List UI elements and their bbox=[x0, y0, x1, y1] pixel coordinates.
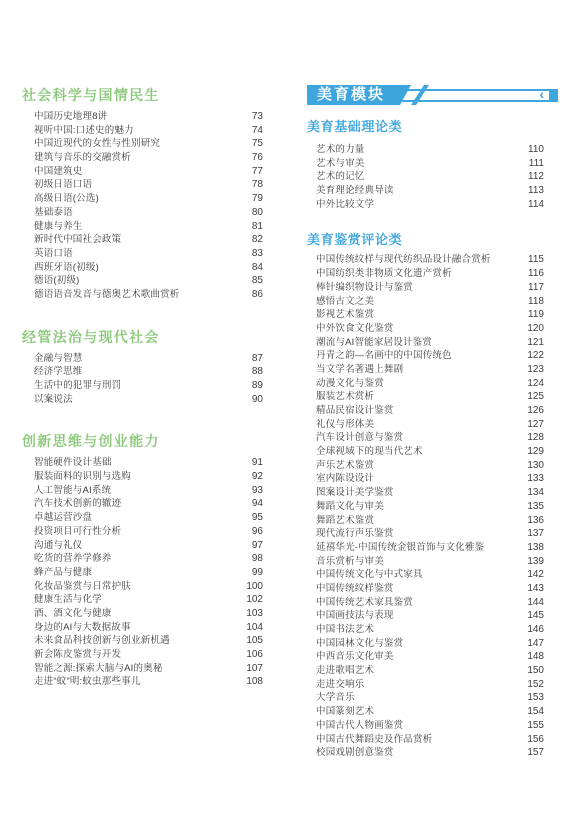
course-title: 初级日语口语 bbox=[34, 178, 92, 192]
course-title: 酒、酒文化与健康 bbox=[34, 607, 112, 621]
module-title: 美育模块 bbox=[317, 85, 385, 105]
toc-entry: 经济学思维 88 bbox=[22, 365, 263, 379]
page-number: 117 bbox=[528, 281, 544, 295]
page-number: 90 bbox=[252, 393, 263, 407]
section-rows: 中国历史地理8讲 73 视听中国:口述史的魅力 74 中国近现代的女性与性别研究… bbox=[22, 110, 263, 302]
course-title: 智能之源:探索大脑与AI的奥秘 bbox=[34, 662, 163, 676]
toc-entry: 智能硬件设计基础 91 bbox=[22, 456, 263, 470]
toc-entry: 服装面料的识别与选购 92 bbox=[22, 470, 263, 484]
course-title: 中国纺织类非物质文化遗产赏析 bbox=[316, 267, 452, 281]
page-number: 91 bbox=[252, 456, 263, 470]
toc-entry: 校园戏剧创意鉴赏 157 bbox=[307, 746, 544, 760]
course-title: 大学音乐 bbox=[316, 691, 355, 705]
toc-entry: 美育理论经典导读 113 bbox=[307, 184, 544, 198]
toc-entry: 走进“蚊”明:蚊虫那些事儿 108 bbox=[22, 675, 263, 689]
catalog-page: 社会科学与国情民生 中国历史地理8讲 73 视听中国:口述史的魅力 74 bbox=[0, 0, 578, 818]
section-heading: 美育鉴赏评论类 bbox=[307, 233, 544, 247]
toc-entry: 吃货的营养学修养 98 bbox=[22, 552, 263, 566]
page-number: 83 bbox=[252, 247, 263, 261]
page-number: 105 bbox=[246, 634, 263, 648]
toc-entry: 智能之源:探索大脑与AI的奥秘 107 bbox=[22, 662, 263, 676]
course-title: 艺术的记忆 bbox=[316, 170, 365, 184]
course-title: 英语口语 bbox=[34, 247, 73, 261]
course-title: 中西音乐文化审美 bbox=[316, 650, 394, 664]
toc-entry: 中国纺织类非物质文化遗产赏析 116 bbox=[307, 267, 544, 281]
toc-section: 美育基础理论类 艺术的力量 110 艺术与审美 111 bbox=[307, 120, 544, 211]
course-title: 新会陈皮鉴赏与开发 bbox=[34, 648, 121, 662]
course-title: 服装面料的识别与选购 bbox=[34, 470, 131, 484]
page-number: 137 bbox=[527, 527, 544, 541]
page-number: 126 bbox=[527, 404, 544, 418]
course-title: 中国近现代的女性与性别研究 bbox=[34, 137, 160, 151]
toc-entry: 艺术的力量 110 bbox=[307, 143, 544, 157]
course-title: 未来食品科技创新与创业新机遇 bbox=[34, 634, 170, 648]
page-number: 115 bbox=[528, 253, 544, 267]
page-number: 89 bbox=[252, 379, 263, 393]
page-number: 112 bbox=[528, 170, 544, 184]
toc-entry: 礼仪与形体美 127 bbox=[307, 418, 544, 432]
course-title: 德语(初级) bbox=[34, 274, 80, 288]
toc-entry: 中国古代人物画鉴赏 155 bbox=[307, 719, 544, 733]
page-number: 116 bbox=[528, 267, 544, 281]
page-number: 122 bbox=[527, 349, 544, 363]
page-number: 128 bbox=[527, 431, 544, 445]
toc-entry: 汽车设计创意与鉴赏 128 bbox=[307, 431, 544, 445]
course-title: 新时代中国社会政策 bbox=[34, 233, 121, 247]
toc-entry: 人工智能与AI系统 93 bbox=[22, 484, 263, 498]
toc-entry: 当文学名著遇上舞剧 123 bbox=[307, 363, 544, 377]
page-number: 97 bbox=[252, 539, 263, 553]
page-number: 77 bbox=[252, 165, 263, 179]
course-title: 金融与智慧 bbox=[34, 352, 83, 366]
toc-entry: 中国近现代的女性与性别研究 75 bbox=[22, 137, 263, 151]
section-rows: 艺术的力量 110 艺术与审美 111 艺术的记忆 112 bbox=[307, 143, 544, 211]
page-number: 133 bbox=[527, 472, 544, 486]
course-title: 中国建筑史 bbox=[34, 165, 83, 179]
page-number: 95 bbox=[252, 511, 263, 525]
toc-entry: 艺术与审美 111 bbox=[307, 157, 544, 171]
page-number: 156 bbox=[527, 733, 544, 747]
page-number: 136 bbox=[527, 514, 544, 528]
course-title: 中外比较文学 bbox=[316, 198, 374, 212]
page-number: 139 bbox=[527, 555, 544, 569]
toc-entry: 舞蹈艺术鉴赏 136 bbox=[307, 514, 544, 528]
toc-entry: 投资项目可行性分析 96 bbox=[22, 525, 263, 539]
page-number: 73 bbox=[252, 110, 263, 124]
page-number: 118 bbox=[528, 295, 544, 309]
page-number: 114 bbox=[528, 198, 544, 212]
toc-entry: 英语口语 83 bbox=[22, 247, 263, 261]
course-title: 艺术的力量 bbox=[316, 143, 365, 157]
course-title: 美育理论经典导读 bbox=[316, 184, 394, 198]
page-number: 134 bbox=[527, 486, 544, 500]
section-heading: 社会科学与国情民生 bbox=[22, 85, 263, 105]
page-number: 84 bbox=[252, 261, 263, 275]
toc-entry: 丹青之韵—名画中的中国传统色 122 bbox=[307, 349, 544, 363]
course-title: 健康生活与化学 bbox=[34, 593, 102, 607]
toc-entry: 动漫文化与鉴赏 124 bbox=[307, 377, 544, 391]
toc-entry: 酒、酒文化与健康 103 bbox=[22, 607, 263, 621]
toc-entry: 新时代中国社会政策 82 bbox=[22, 233, 263, 247]
toc-entry: 初级日语口语 78 bbox=[22, 178, 263, 192]
page-number: 144 bbox=[527, 596, 544, 610]
toc-section: 创新思维与创业能力 智能硬件设计基础 91 服装面料的识别与选购 92 bbox=[22, 431, 263, 689]
right-column: 美育基础理论类 艺术的力量 110 艺术与审美 111 bbox=[307, 105, 544, 760]
toc-entry: 中国历史地理8讲 73 bbox=[22, 110, 263, 124]
page-number: 108 bbox=[246, 675, 263, 689]
course-title: 影视艺术鉴赏 bbox=[316, 308, 374, 322]
page-number: 78 bbox=[252, 178, 263, 192]
page-number: 145 bbox=[527, 609, 544, 623]
toc-entry: 服装艺术赏析 125 bbox=[307, 390, 544, 404]
page-number: 92 bbox=[252, 470, 263, 484]
toc-entry: 中国传统纹样与现代纺织品设计融合赏析 115 bbox=[307, 253, 544, 267]
toc-entry: 生活中的犯罪与刑罚 89 bbox=[22, 379, 263, 393]
page-number: 129 bbox=[527, 445, 544, 459]
page-number: 106 bbox=[246, 648, 263, 662]
toc-entry: 未来食品科技创新与创业新机遇 105 bbox=[22, 634, 263, 648]
toc-entry: 潮流与AI智能家居设计鉴赏 121 bbox=[307, 336, 544, 350]
page-number: 146 bbox=[527, 623, 544, 637]
page-number: 157 bbox=[527, 746, 544, 760]
toc-entry: 室内陈设设计 133 bbox=[307, 472, 544, 486]
toc-entry: 棒针编织物设计与鉴赏 117 bbox=[307, 281, 544, 295]
section-heading: 美育基础理论类 bbox=[307, 120, 544, 134]
course-title: 中国传统纹样与现代纺织品设计融合赏析 bbox=[316, 253, 491, 267]
toc-entry: 中国建筑史 77 bbox=[22, 165, 263, 179]
toc-entry: 大学音乐 153 bbox=[307, 691, 544, 705]
course-title: 延禧华光-中国传统金银首饰与文化雅鉴 bbox=[316, 541, 484, 555]
page-number: 119 bbox=[528, 308, 544, 322]
course-title: 中国园林文化与鉴赏 bbox=[316, 637, 403, 651]
banner-endcap bbox=[549, 89, 558, 102]
course-title: 中国篆刻艺术 bbox=[316, 705, 374, 719]
toc-entry: 中国传统文化与中式家具 142 bbox=[307, 568, 544, 582]
page-number: 100 bbox=[246, 580, 263, 594]
toc-entry: 走进歌唱艺术 150 bbox=[307, 664, 544, 678]
course-title: 走进歌唱艺术 bbox=[316, 664, 374, 678]
toc-entry: 身边的AI与大数据故事 104 bbox=[22, 621, 263, 635]
page-number: 150 bbox=[527, 664, 544, 678]
page-number: 135 bbox=[527, 500, 544, 514]
section-rows: 智能硬件设计基础 91 服装面料的识别与选购 92 人工智能与AI系统 93 bbox=[22, 456, 263, 689]
course-title: 走进“蚊”明:蚊虫那些事儿 bbox=[34, 675, 141, 689]
course-title: 蜂产品与健康 bbox=[34, 566, 92, 580]
page-number: 81 bbox=[252, 220, 263, 234]
page-number: 127 bbox=[527, 418, 544, 432]
course-title: 基础泰语 bbox=[34, 206, 73, 220]
page-number: 104 bbox=[246, 621, 263, 635]
toc-entry: 蜂产品与健康 99 bbox=[22, 566, 263, 580]
course-title: 中国历史地理8讲 bbox=[34, 110, 107, 124]
toc-entry: 德语(初级) 85 bbox=[22, 274, 263, 288]
course-title: 中国书法艺术 bbox=[316, 623, 374, 637]
page-number: 130 bbox=[527, 459, 544, 473]
course-title: 舞蹈文化与审美 bbox=[316, 500, 384, 514]
toc-entry: 精品民宿设计鉴赏 126 bbox=[307, 404, 544, 418]
toc-entry: 中国传统纹样鉴赏 143 bbox=[307, 582, 544, 596]
page-number: 103 bbox=[246, 607, 263, 621]
module-banner: 美育模块 ‹ bbox=[307, 85, 558, 105]
section-heading: 经管法治与现代社会 bbox=[22, 327, 263, 347]
page-number: 75 bbox=[252, 137, 263, 151]
course-title: 感悟古文之美 bbox=[316, 295, 374, 309]
toc-entry: 中国书法艺术 146 bbox=[307, 623, 544, 637]
page-number: 148 bbox=[527, 650, 544, 664]
course-title: 声乐艺术鉴赏 bbox=[316, 459, 374, 473]
page-number: 120 bbox=[527, 322, 544, 336]
toc-entry: 中外饮食文化鉴赏 120 bbox=[307, 322, 544, 336]
course-title: 全球视域下的现当代艺术 bbox=[316, 445, 423, 459]
page-number: 94 bbox=[252, 497, 263, 511]
toc-entry: 沟通与礼仪 97 bbox=[22, 539, 263, 553]
page-number: 142 bbox=[527, 568, 544, 582]
page-number: 88 bbox=[252, 365, 263, 379]
toc-entry: 汽车技术创新的辙迹 94 bbox=[22, 497, 263, 511]
course-title: 动漫文化与鉴赏 bbox=[316, 377, 384, 391]
course-title: 中国传统纹样鉴赏 bbox=[316, 582, 394, 596]
course-title: 中国传统文化与中式家具 bbox=[316, 568, 423, 582]
page-number: 113 bbox=[528, 184, 544, 198]
course-title: 舞蹈艺术鉴赏 bbox=[316, 514, 374, 528]
course-title: 精品民宿设计鉴赏 bbox=[316, 404, 394, 418]
course-title: 生活中的犯罪与刑罚 bbox=[34, 379, 121, 393]
page-number: 98 bbox=[252, 552, 263, 566]
page-number: 74 bbox=[252, 124, 263, 138]
page-number: 107 bbox=[246, 662, 263, 676]
page-number: 154 bbox=[527, 705, 544, 719]
toc-entry: 艺术的记忆 112 bbox=[307, 170, 544, 184]
toc-entry: 中西音乐文化审美 148 bbox=[307, 650, 544, 664]
course-title: 智能硬件设计基础 bbox=[34, 456, 112, 470]
toc-entry: 现代流行声乐鉴赏 137 bbox=[307, 527, 544, 541]
page-number: 138 bbox=[527, 541, 544, 555]
section-heading: 创新思维与创业能力 bbox=[22, 431, 263, 451]
course-title: 吃货的营养学修养 bbox=[34, 552, 112, 566]
section-rows: 中国传统纹样与现代纺织品设计融合赏析 115 中国纺织类非物质文化遗产赏析 11… bbox=[307, 253, 544, 759]
course-title: 当文学名著遇上舞剧 bbox=[316, 363, 403, 377]
toc-entry: 中国篆刻艺术 154 bbox=[307, 705, 544, 719]
course-title: 潮流与AI智能家居设计鉴赏 bbox=[316, 336, 432, 350]
course-title: 健康与养生 bbox=[34, 220, 83, 234]
page-number: 80 bbox=[252, 206, 263, 220]
toc-entry: 延禧华光-中国传统金银首饰与文化雅鉴 138 bbox=[307, 541, 544, 555]
toc-entry: 中国园林文化与鉴赏 147 bbox=[307, 637, 544, 651]
page-number: 125 bbox=[527, 390, 544, 404]
course-title: 中外饮食文化鉴赏 bbox=[316, 322, 394, 336]
course-title: 现代流行声乐鉴赏 bbox=[316, 527, 394, 541]
course-title: 身边的AI与大数据故事 bbox=[34, 621, 131, 635]
course-title: 校园戏剧创意鉴赏 bbox=[316, 746, 394, 760]
toc-entry: 以案说法 90 bbox=[22, 393, 263, 407]
course-title: 化妆品鉴赏与日常护肤 bbox=[34, 580, 131, 594]
page-number: 82 bbox=[252, 233, 263, 247]
toc-entry: 图案设计美学鉴赏 134 bbox=[307, 486, 544, 500]
toc-entry: 中国古代舞蹈史及作品赏析 156 bbox=[307, 733, 544, 747]
toc-entry: 基础泰语 80 bbox=[22, 206, 263, 220]
toc-entry: 声乐艺术鉴赏 130 bbox=[307, 459, 544, 473]
course-title: 中国古代人物画鉴赏 bbox=[316, 719, 403, 733]
toc-entry: 德语语音发音与德奥艺术歌曲赏析 86 bbox=[22, 288, 263, 302]
page-number: 96 bbox=[252, 525, 263, 539]
course-title: 艺术与审美 bbox=[316, 157, 365, 171]
toc-entry: 走进交响乐 152 bbox=[307, 678, 544, 692]
course-title: 图案设计美学鉴赏 bbox=[316, 486, 394, 500]
course-title: 服装艺术赏析 bbox=[316, 390, 374, 404]
course-title: 中国画技法与表现 bbox=[316, 609, 394, 623]
toc-entry: 新会陈皮鉴赏与开发 106 bbox=[22, 648, 263, 662]
toc-entry: 舞蹈文化与审美 135 bbox=[307, 500, 544, 514]
left-column: 社会科学与国情民生 中国历史地理8讲 73 视听中国:口述史的魅力 74 bbox=[22, 85, 263, 714]
page-number: 153 bbox=[527, 691, 544, 705]
toc-entry: 感悟古文之美 118 bbox=[307, 295, 544, 309]
toc-entry: 高级日语(公选) 79 bbox=[22, 192, 263, 206]
toc-section: 社会科学与国情民生 中国历史地理8讲 73 视听中国:口述史的魅力 74 bbox=[22, 85, 263, 302]
page-number: 102 bbox=[246, 593, 263, 607]
course-title: 以案说法 bbox=[34, 393, 73, 407]
course-title: 人工智能与AI系统 bbox=[34, 484, 111, 498]
toc-entry: 健康生活与化学 102 bbox=[22, 593, 263, 607]
toc-entry: 影视艺术鉴赏 119 bbox=[307, 308, 544, 322]
page-number: 121 bbox=[527, 336, 544, 350]
page-number: 152 bbox=[527, 678, 544, 692]
toc-entry: 西班牙语(初级) 84 bbox=[22, 261, 263, 275]
page-number: 123 bbox=[527, 363, 544, 377]
course-title: 音乐赏析与审美 bbox=[316, 555, 384, 569]
course-title: 投资项目可行性分析 bbox=[34, 525, 121, 539]
course-title: 走进交响乐 bbox=[316, 678, 365, 692]
course-title: 汽车技术创新的辙迹 bbox=[34, 497, 121, 511]
course-title: 汽车设计创意与鉴赏 bbox=[316, 431, 403, 445]
toc-entry: 中国传统艺术家具鉴赏 144 bbox=[307, 596, 544, 610]
course-title: 经济学思维 bbox=[34, 365, 83, 379]
page-number: 85 bbox=[252, 274, 263, 288]
course-title: 中国古代舞蹈史及作品赏析 bbox=[316, 733, 432, 747]
page-number: 110 bbox=[528, 143, 544, 157]
course-title: 中国传统艺术家具鉴赏 bbox=[316, 596, 413, 610]
toc-entry: 中国画技法与表现 145 bbox=[307, 609, 544, 623]
course-title: 视听中国:口述史的魅力 bbox=[34, 124, 134, 138]
toc-entry: 健康与养生 81 bbox=[22, 220, 263, 234]
page-number: 147 bbox=[527, 637, 544, 651]
chevron-left-icon: ‹ bbox=[539, 85, 544, 104]
page-number: 111 bbox=[529, 157, 544, 171]
page-number: 93 bbox=[252, 484, 263, 498]
toc-entry: 化妆品鉴赏与日常护肤 100 bbox=[22, 580, 263, 594]
course-title: 西班牙语(初级) bbox=[34, 261, 99, 275]
toc-entry: 金融与智慧 87 bbox=[22, 352, 263, 366]
page-number: 87 bbox=[252, 352, 263, 366]
toc-entry: 卓越运营沙盘 95 bbox=[22, 511, 263, 525]
toc-entry: 音乐赏析与审美 139 bbox=[307, 555, 544, 569]
page-number: 99 bbox=[252, 566, 263, 580]
page-number: 86 bbox=[252, 288, 263, 302]
course-title: 丹青之韵—名画中的中国传统色 bbox=[316, 349, 452, 363]
course-title: 沟通与礼仪 bbox=[34, 539, 83, 553]
page-number: 124 bbox=[527, 377, 544, 391]
toc-section: 经管法治与现代社会 金融与智慧 87 经济学思维 88 bbox=[22, 327, 263, 407]
page-number: 155 bbox=[527, 719, 544, 733]
course-title: 礼仪与形体美 bbox=[316, 418, 374, 432]
section-rows: 金融与智慧 87 经济学思维 88 生活中的犯罪与刑罚 89 bbox=[22, 352, 263, 407]
page-number: 143 bbox=[527, 582, 544, 596]
course-title: 棒针编织物设计与鉴赏 bbox=[316, 281, 413, 295]
toc-entry: 全球视域下的现当代艺术 129 bbox=[307, 445, 544, 459]
page-number: 76 bbox=[252, 151, 263, 165]
course-title: 德语语音发音与德奥艺术歌曲赏析 bbox=[34, 288, 180, 302]
page-number: 79 bbox=[252, 192, 263, 206]
toc-section: 美育鉴赏评论类 中国传统纹样与现代纺织品设计融合赏析 115 中国纺织类非物质文… bbox=[307, 233, 544, 759]
toc-entry: 视听中国:口述史的魅力 74 bbox=[22, 124, 263, 138]
course-title: 建筑与音乐的交融赏析 bbox=[34, 151, 131, 165]
course-title: 室内陈设设计 bbox=[316, 472, 374, 486]
course-title: 卓越运营沙盘 bbox=[34, 511, 92, 525]
toc-entry: 建筑与音乐的交融赏析 76 bbox=[22, 151, 263, 165]
course-title: 高级日语(公选) bbox=[34, 192, 99, 206]
toc-entry: 中外比较文学 114 bbox=[307, 198, 544, 212]
